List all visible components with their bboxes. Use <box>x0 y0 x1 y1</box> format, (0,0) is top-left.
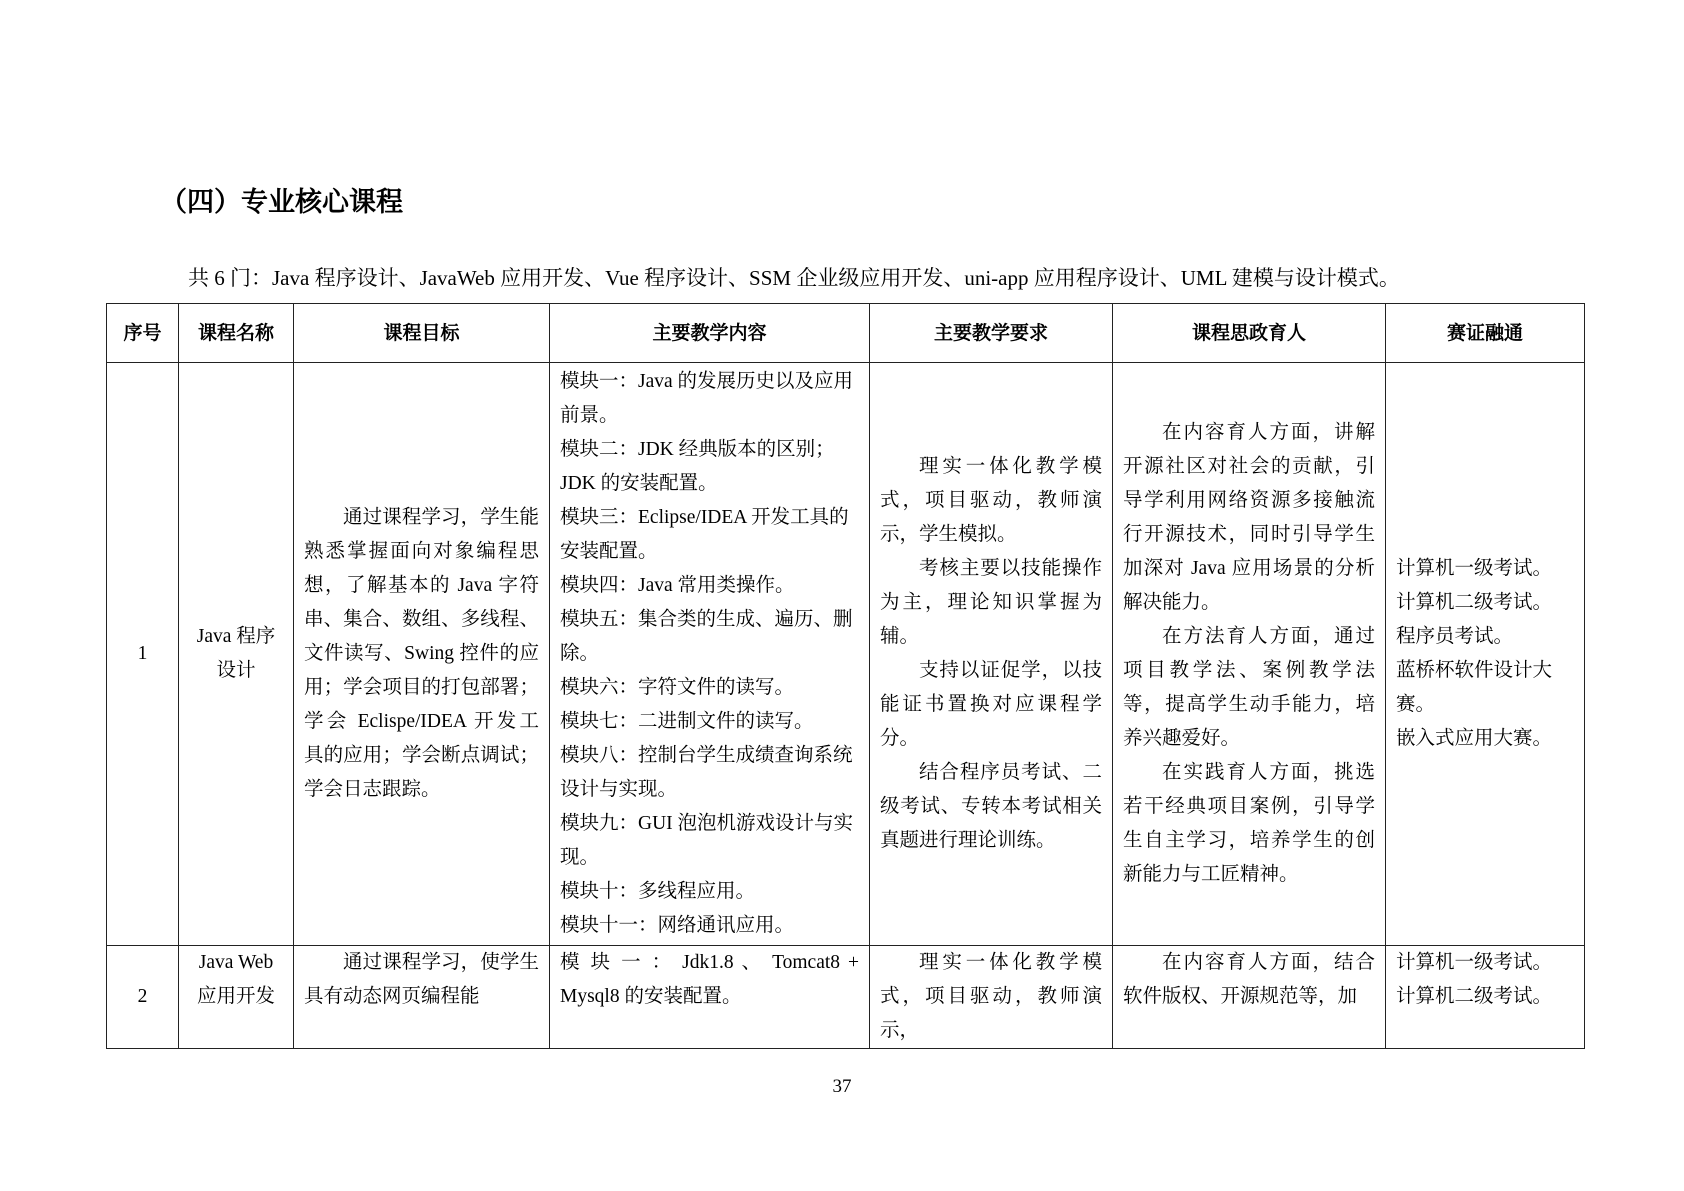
ideology-education: 在内容育人方面，讲解开源社区对社会的贡献，引导学利用网络资源多接触流行开源技术，… <box>1113 363 1386 946</box>
header-course-name: 课程名称 <box>179 304 294 363</box>
table-header-row: 序号 课程名称 课程目标 主要教学内容 主要教学要求 课程思政育人 赛证融通 <box>107 304 1585 363</box>
row-index: 1 <box>107 363 179 946</box>
course-goal-text: 通过课程学习，学生能熟悉掌握面向对象编程思想，了解基本的 Java 字符串、集合… <box>304 501 539 807</box>
course-name-line: 设计 <box>189 654 283 688</box>
module-item: 模块三：Eclipse/IDEA 开发工具的安装配置。 <box>560 501 859 569</box>
requirement-paragraph: 结合程序员考试、二级考试、专转本考试相关真题进行理论训练。 <box>880 756 1102 858</box>
course-name-line: Java Web <box>189 946 283 980</box>
ideology-paragraph: 在内容育人方面，讲解开源社区对社会的贡献，引导学利用网络资源多接触流行开源技术，… <box>1123 416 1375 620</box>
ideology-paragraph: 在内容育人方面，结合软件版权、开源规范等，加 <box>1123 946 1375 1014</box>
requirement-paragraph: 理实一体化教学模式，项目驱动，教师演示， <box>880 946 1102 1048</box>
module-item: 模 块 一 ： Jdk1.8 、 Tomcat8 + Mysql8 的安装配置。 <box>560 946 859 1014</box>
teaching-requirements: 理实一体化教学模式，项目驱动，教师演示， <box>870 946 1113 1049</box>
certificate-item: 计算机一级考试。 <box>1396 946 1574 980</box>
teaching-content: 模 块 一 ： Jdk1.8 、 Tomcat8 + Mysql8 的安装配置。 <box>550 946 870 1049</box>
teaching-requirements: 理实一体化教学模式，项目驱动，教师演示，学生模拟。 考核主要以技能操作为主，理论… <box>870 363 1113 946</box>
table-row: 1 Java 程序 设计 通过课程学习，学生能熟悉掌握面向对象编程思想，了解基本… <box>107 363 1585 946</box>
teaching-content: 模块一：Java 的发展历史以及应用前景。 模块二：JDK 经典版本的区别；JD… <box>550 363 870 946</box>
module-item: 模块一：Java 的发展历史以及应用前景。 <box>560 365 859 433</box>
course-name: Java Web 应用开发 <box>179 946 294 1049</box>
competition-certificates: 计算机一级考试。 计算机二级考试。 <box>1386 946 1585 1049</box>
module-item: 模块六：字符文件的读写。 <box>560 671 859 705</box>
certificate-item: 程序员考试。 <box>1396 620 1574 654</box>
ideology-paragraph: 在方法育人方面，通过项目教学法、案例教学法等，提高学生动手能力，培养兴趣爱好。 <box>1123 620 1375 756</box>
competition-certificates: 计算机一级考试。 计算机二级考试。 程序员考试。 蓝桥杯软件设计大赛。 嵌入式应… <box>1386 363 1585 946</box>
core-courses-table: 序号 课程名称 课程目标 主要教学内容 主要教学要求 课程思政育人 赛证融通 1… <box>106 303 1585 1049</box>
course-name-line: Java 程序 <box>189 620 283 654</box>
course-goal: 通过课程学习，学生能熟悉掌握面向对象编程思想，了解基本的 Java 字符串、集合… <box>294 363 550 946</box>
ideology-education: 在内容育人方面，结合软件版权、开源规范等，加 <box>1113 946 1386 1049</box>
module-item: 模块八：控制台学生成绩查询系统设计与实现。 <box>560 739 859 807</box>
course-summary: 共 6 门：Java 程序设计、JavaWeb 应用开发、Vue 程序设计、SS… <box>188 262 1400 292</box>
certificate-item: 计算机一级考试。 <box>1396 552 1574 586</box>
module-item: 模块四：Java 常用类操作。 <box>560 569 859 603</box>
module-item: 模块十：多线程应用。 <box>560 875 859 909</box>
page-number: 37 <box>0 1076 1684 1098</box>
course-goal-text: 通过课程学习，使学生具有动态网页编程能 <box>304 946 539 1014</box>
ideology-paragraph: 在实践育人方面，挑选若干经典项目案例，引导学生自主学习，培养学生的创新能力与工匠… <box>1123 756 1375 892</box>
header-index: 序号 <box>107 304 179 363</box>
section-heading: （四）专业核心课程 <box>160 180 403 219</box>
row-index: 2 <box>107 946 179 1049</box>
certificate-item: 嵌入式应用大赛。 <box>1396 722 1574 756</box>
requirement-paragraph: 考核主要以技能操作为主，理论知识掌握为辅。 <box>880 552 1102 654</box>
header-teaching-requirements: 主要教学要求 <box>870 304 1113 363</box>
certificate-item: 计算机二级考试。 <box>1396 980 1574 1014</box>
module-item: 模块五：集合类的生成、遍历、删除。 <box>560 603 859 671</box>
table-row: 2 Java Web 应用开发 通过课程学习，使学生具有动态网页编程能 模 块 … <box>107 946 1585 1049</box>
course-goal: 通过课程学习，使学生具有动态网页编程能 <box>294 946 550 1049</box>
course-name: Java 程序 设计 <box>179 363 294 946</box>
header-ideology-education: 课程思政育人 <box>1113 304 1386 363</box>
course-name-line: 应用开发 <box>189 980 283 1014</box>
module-item: 模块二：JDK 经典版本的区别；JDK 的安装配置。 <box>560 433 859 501</box>
header-course-goal: 课程目标 <box>294 304 550 363</box>
header-teaching-content: 主要教学内容 <box>550 304 870 363</box>
requirement-paragraph: 理实一体化教学模式，项目驱动，教师演示，学生模拟。 <box>880 450 1102 552</box>
header-competition-certificate: 赛证融通 <box>1386 304 1585 363</box>
module-item: 模块九：GUI 泡泡机游戏设计与实现。 <box>560 807 859 875</box>
certificate-item: 蓝桥杯软件设计大赛。 <box>1396 654 1574 722</box>
module-item: 模块十一：网络通讯应用。 <box>560 909 859 943</box>
requirement-paragraph: 支持以证促学，以技能证书置换对应课程学分。 <box>880 654 1102 756</box>
module-item: 模块七：二进制文件的读写。 <box>560 705 859 739</box>
certificate-item: 计算机二级考试。 <box>1396 586 1574 620</box>
